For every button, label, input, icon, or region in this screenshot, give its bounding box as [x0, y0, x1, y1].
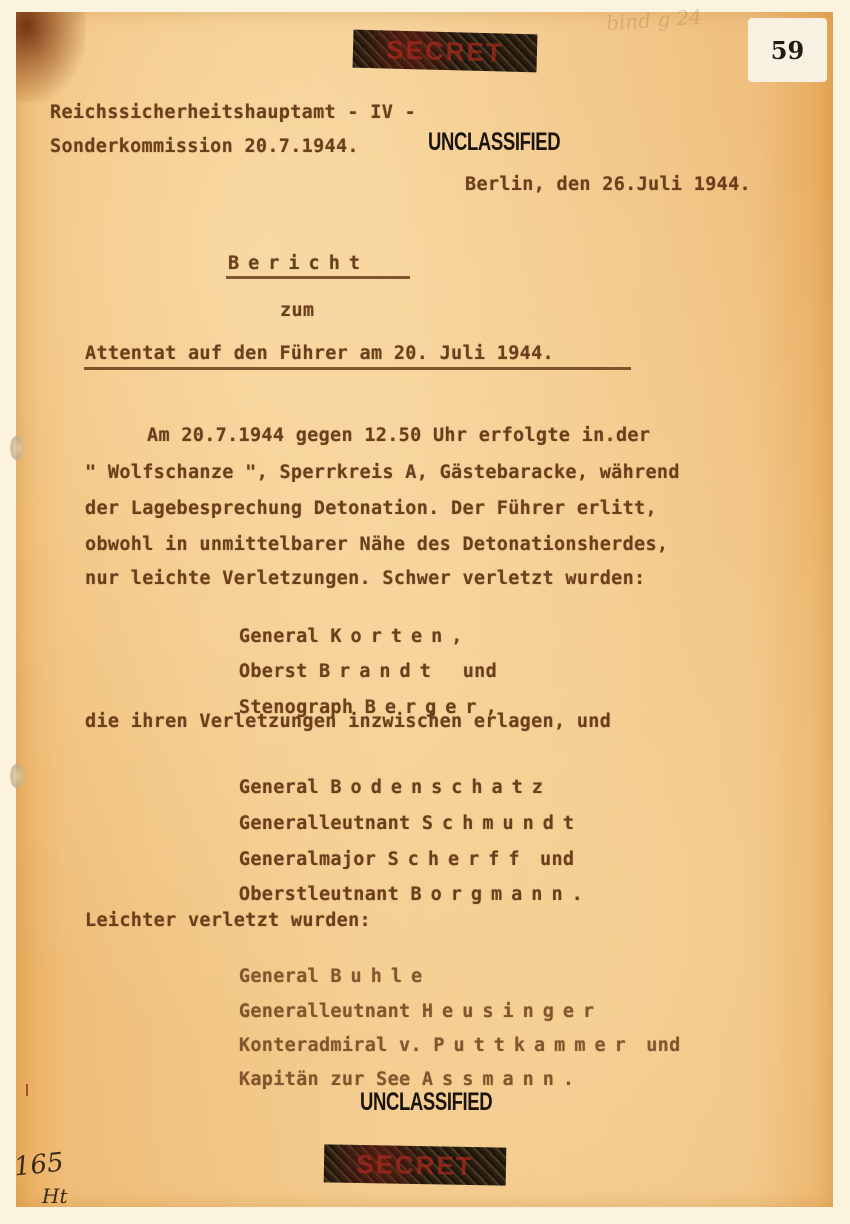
page-number-label: 59: [748, 18, 827, 82]
title-connector: zum: [280, 300, 314, 321]
header-agency: Reichssicherheitshauptamt - IV -: [50, 102, 416, 123]
body-line: obwohl in unmittelbarer Nähe des Detonat…: [85, 534, 668, 555]
body-line: " Wolfschanze ", Sperrkreis A, Gästebara…: [85, 462, 680, 483]
casualty-rank: Kapitän zur See: [239, 1069, 411, 1090]
handwritten-folio-number: 165: [13, 1147, 66, 1182]
body-line: die ihren Verletzungen inzwischen erlage…: [85, 711, 611, 732]
report-title: Bericht: [228, 253, 369, 274]
header-commission: Sonderkommission 20.7.1944.: [50, 136, 359, 157]
casualty-entry: Kapitän zur See Assmann.: [216, 1048, 574, 1090]
casualty-name: Borgmann: [410, 884, 571, 905]
redacted-secret-stamp-top: SECRET: [353, 30, 538, 73]
punch-hole: [10, 764, 24, 788]
margin-mark: [26, 1084, 28, 1096]
casualty-rank: Oberstleutnant: [239, 884, 399, 905]
redacted-secret-stamp-bottom: SECRET: [324, 1144, 507, 1185]
handwritten-initials: Ht: [42, 1184, 67, 1208]
body-line: Am 20.7.1944 gegen 12.50 Uhr erfolgte in…: [147, 425, 650, 446]
unclassified-stamp-top: UNCLASSIFIED: [428, 128, 560, 157]
subtitle-underline: [84, 367, 631, 370]
unclassified-stamp-bottom: UNCLASSIFIED: [360, 1088, 492, 1117]
casualty-name: Assmann: [422, 1069, 563, 1090]
body-line: nur leichte Verletzungen. Schwer verletz…: [85, 568, 645, 589]
report-subtitle: Attentat auf den Führer am 20. Juli 1944…: [85, 343, 554, 364]
body-line: der Lagebesprechung Detonation. Der Führ…: [85, 498, 657, 519]
lightly-injured-heading: Leichter verletzt wurden:: [85, 910, 371, 931]
punch-hole: [10, 436, 24, 460]
place-date: Berlin, den 26.Juli 1944.: [465, 174, 751, 195]
paper-stain: [16, 12, 86, 102]
casualty-entry: Oberstleutnant Borgmann.: [216, 863, 583, 905]
title-underline: [226, 276, 410, 279]
